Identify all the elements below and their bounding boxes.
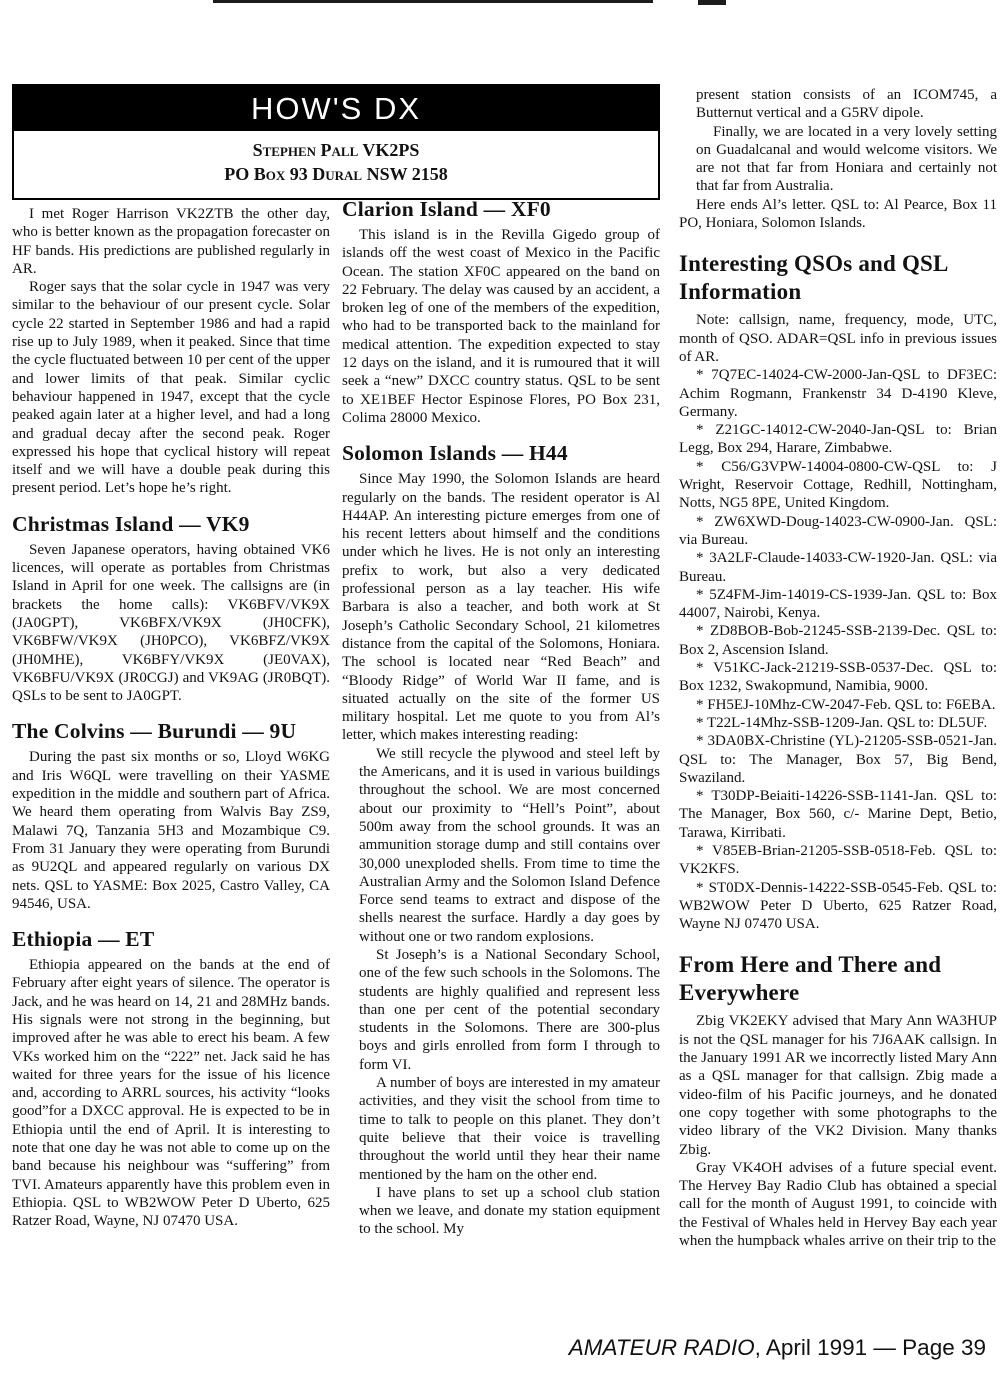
- paragraph: Ethiopia appeared on the bands at the en…: [12, 956, 330, 1230]
- section-heading-colvins-burundi: The Colvins — Burundi — 9U: [12, 719, 330, 744]
- magazine-name: AMATEUR RADIO: [569, 1335, 755, 1360]
- qso-item: * 5Z4FM-Jim-14019-CS-1939-Jan. QSL to: B…: [679, 586, 997, 623]
- quote-paragraph: We still recycle the plywood and steel l…: [359, 745, 660, 946]
- qso-item: * V85EB-Brian-21205-SSB-0518-Feb. QSL to…: [679, 842, 997, 879]
- quote-paragraph: I have plans to set up a school club sta…: [359, 1184, 660, 1239]
- quote-paragraph: St Joseph’s is a National Secondary Scho…: [359, 946, 660, 1074]
- qso-item: * ZW6XWD-Doug-14023-CW-0900-Jan. QSL: vi…: [679, 513, 997, 550]
- qso-item: * C56/G3VPW-14004-0800-CW-QSL to: J Wrig…: [679, 458, 997, 513]
- column-header-box: HOW'S DX Stephen Pall VK2PS PO Box 93 Du…: [12, 84, 660, 200]
- magazine-page: HOW'S DX Stephen Pall VK2PS PO Box 93 Du…: [0, 0, 1000, 1376]
- paragraph: This island is in the Revilla Gigedo gro…: [342, 226, 660, 427]
- paragraph: Seven Japanese operators, having obtaine…: [12, 541, 330, 706]
- column-3: present station consists of an ICOM745, …: [679, 86, 997, 1250]
- column-1: I met Roger Harrison VK2ZTB the other da…: [12, 205, 330, 1231]
- column-2: Clarion Island — XF0 This island is in t…: [342, 197, 660, 1239]
- section-heading-clarion-island: Clarion Island — XF0: [342, 197, 660, 222]
- qso-item: * V51KC-Jack-21219-SSB-0537-Dec. QSL to:…: [679, 659, 997, 696]
- paragraph: Zbig VK2EKY advised that Mary Ann WA3HUP…: [679, 1012, 997, 1158]
- qso-item: * T30DP-Beiaiti-14226-SSB-1141-Jan. QSL …: [679, 787, 997, 842]
- section-heading-solomon-islands: Solomon Islands — H44: [342, 441, 660, 466]
- column-title: HOW'S DX: [14, 86, 658, 131]
- quote-paragraph: Finally, we are located in a very lovely…: [696, 123, 997, 196]
- scan-artifact: [213, 0, 653, 3]
- byline: Stephen Pall VK2PS: [14, 138, 658, 162]
- paragraph: During the past six months or so, Lloyd …: [12, 748, 330, 913]
- qso-item: * T22L-14Mhz-SSB-1209-Jan. QSL to: DL5UF…: [679, 714, 997, 732]
- qso-item: * Z21GC-14012-CW-2040-Jan-QSL to: Brian …: [679, 421, 997, 458]
- paragraph: Note: callsign, name, frequency, mode, U…: [679, 311, 997, 366]
- quote-paragraph: present station consists of an ICOM745, …: [696, 86, 997, 123]
- qso-item: * ST0DX-Dennis-14222-SSB-0545-Feb. QSL t…: [679, 879, 997, 934]
- qso-item: * 3DA0BX-Christine (YL)-21205-SSB-0521-J…: [679, 732, 997, 787]
- scan-artifact: [698, 0, 726, 5]
- page-footer: AMATEUR RADIO, April 1991 — Page 39: [569, 1335, 986, 1361]
- paragraph: I met Roger Harrison VK2ZTB the other da…: [12, 205, 330, 278]
- paragraph: Here ends Al’s letter. QSL to: Al Pearce…: [679, 196, 997, 233]
- paragraph: Roger says that the solar cycle in 1947 …: [12, 278, 330, 498]
- byline-address: PO Box 93 Dural NSW 2158: [14, 162, 658, 186]
- qso-item: * FH5EJ-10Mhz-CW-2047-Feb. QSL to: F6EBA…: [679, 696, 997, 714]
- letter-quote-block-continued: present station consists of an ICOM745, …: [696, 86, 997, 196]
- section-heading-ethiopia: Ethiopia — ET: [12, 927, 330, 952]
- section-heading-from-here-and-there: From Here and There and Everywhere: [679, 951, 997, 1007]
- footer-issue-page: , April 1991 — Page 39: [755, 1335, 986, 1360]
- quote-paragraph: A number of boys are interested in my am…: [359, 1074, 660, 1184]
- paragraph: Gray VK4OH advises of a future special e…: [679, 1159, 997, 1250]
- letter-quote-block: We still recycle the plywood and steel l…: [359, 745, 660, 1239]
- qso-item: * 3A2LF-Claude-14033-CW-1920-Jan. QSL: v…: [679, 549, 997, 586]
- section-heading-interesting-qsos: Interesting QSOs and QSL Information: [679, 250, 997, 306]
- section-heading-christmas-island: Christmas Island — VK9: [12, 512, 330, 537]
- paragraph: Since May 1990, the Solomon Islands are …: [342, 470, 660, 744]
- qso-item: * ZD8BOB-Bob-21245-SSB-2139-Dec. QSL to:…: [679, 622, 997, 659]
- qso-item: * 7Q7EC-14024-CW-2000-Jan-QSL to DF3EC: …: [679, 366, 997, 421]
